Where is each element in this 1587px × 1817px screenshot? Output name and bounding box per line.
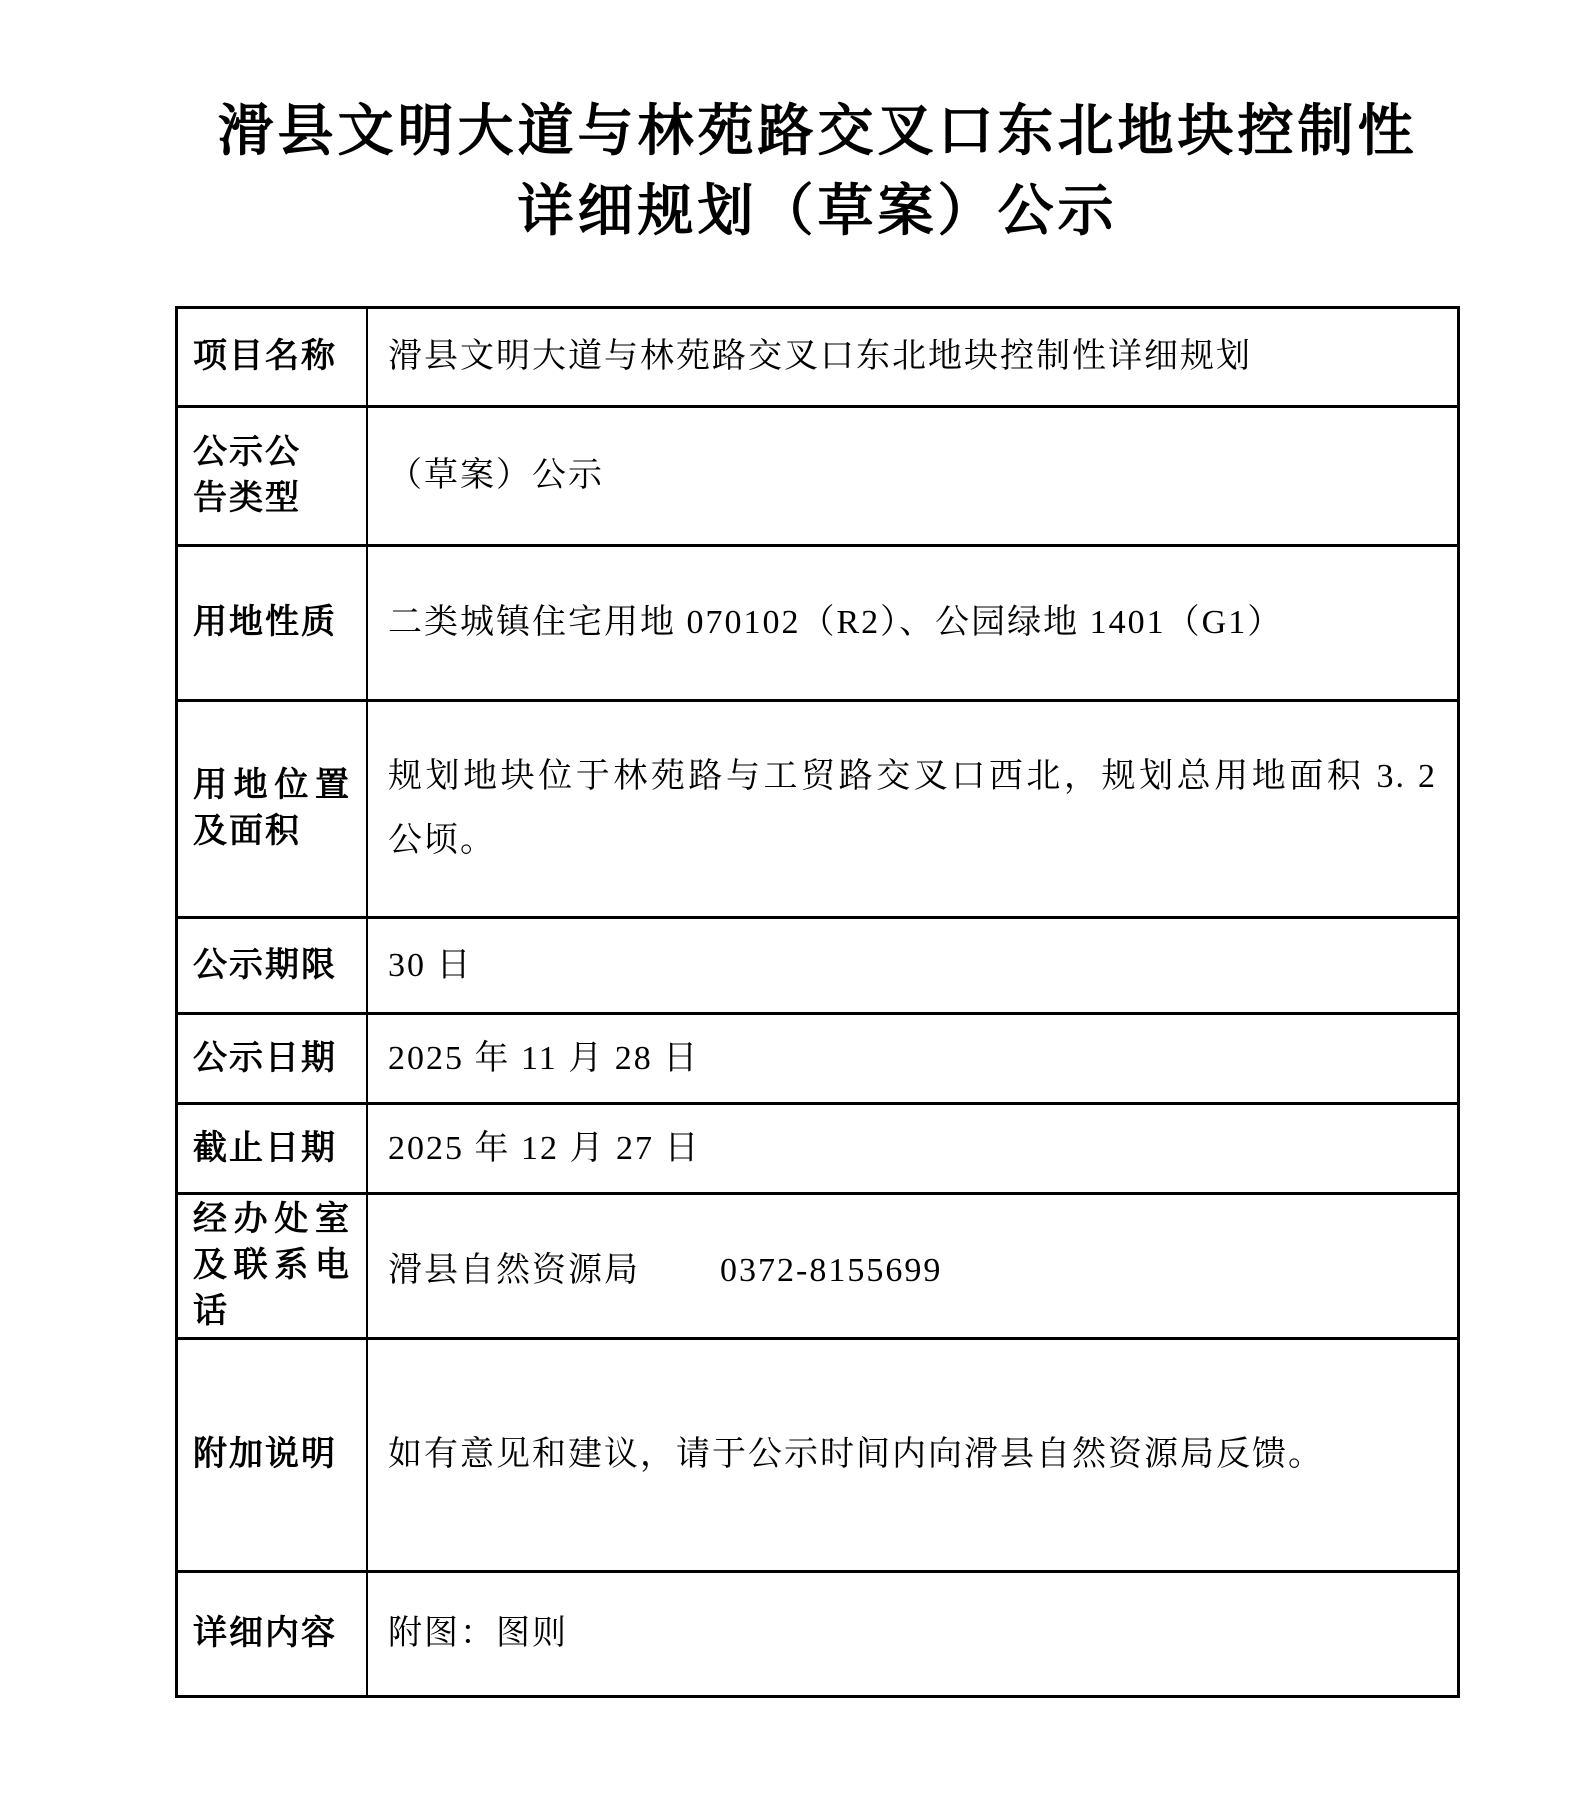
table-row-notice-date: 公示日期 2025 年 11 月 28 日 [178, 1015, 1457, 1105]
label-detailed-content: 详细内容 [178, 1573, 368, 1695]
label-project-name: 项目名称 [178, 309, 368, 405]
value-text: 滑县自然资源局 0372-8155699 [388, 1242, 1437, 1291]
value-detailed-content: 附图：图则 [368, 1573, 1457, 1695]
value-text: 2025 年 12 月 27 日 [388, 1117, 1437, 1181]
value-text: （草案）公示 [388, 444, 1437, 508]
label-end-date: 截止日期 [178, 1105, 368, 1192]
label-land-use-nature: 用地性质 [178, 547, 368, 699]
label-text: 公示期限 [193, 943, 351, 989]
value-text: 2025 年 11 月 28 日 [388, 1027, 1437, 1091]
label-handling-office-phone: 经办处室 及联系电 话 [178, 1195, 368, 1337]
value-notice-type: （草案）公示 [368, 408, 1457, 544]
label-text: 话 [193, 1289, 351, 1335]
value-land-location-area: 规划地块位于林苑路与工贸路交叉口西北，规划总用地面积 3. 2 公顷。 [368, 702, 1457, 916]
label-text: 经办处室 [193, 1197, 351, 1243]
value-end-date: 2025 年 12 月 27 日 [368, 1105, 1457, 1192]
table-row-end-date: 截止日期 2025 年 12 月 27 日 [178, 1105, 1457, 1195]
table-row-land-use-nature: 用地性质 二类城镇住宅用地 070102（R2）、公园绿地 1401（G1） [178, 547, 1457, 702]
label-text: 用地位置 [193, 763, 351, 809]
table-row-additional-notes: 附加说明 如有意见和建议，请于公示时间内向滑县自然资源局反馈。 [178, 1340, 1457, 1573]
label-text: 项目名称 [193, 334, 351, 380]
label-text: 截止日期 [193, 1126, 351, 1172]
label-additional-notes: 附加说明 [178, 1340, 368, 1570]
table-row-handling-office-phone: 经办处室 及联系电 话 滑县自然资源局 0372-8155699 [178, 1195, 1457, 1340]
document-page: 滑县文明大道与林苑路交叉口东北地块控制性 详细规划（草案）公示 项目名称 滑县文… [175, 0, 1460, 1698]
table-row-land-location-area: 用地位置 及面积 规划地块位于林苑路与工贸路交叉口西北，规划总用地面积 3. 2… [178, 702, 1457, 919]
value-additional-notes: 如有意见和建议，请于公示时间内向滑县自然资源局反馈。 [368, 1340, 1457, 1570]
value-text: 公顷。 [388, 809, 1437, 873]
label-text: 公示日期 [193, 1036, 351, 1082]
value-land-use-nature: 二类城镇住宅用地 070102（R2）、公园绿地 1401（G1） [368, 547, 1457, 699]
page-title: 滑县文明大道与林苑路交叉口东北地块控制性 详细规划（草案）公示 [175, 92, 1460, 252]
value-text: 规划地块位于林苑路与工贸路交叉口西北，规划总用地面积 3. 2 [388, 745, 1437, 809]
label-notice-period: 公示期限 [178, 919, 368, 1012]
notice-table: 项目名称 滑县文明大道与林苑路交叉口东北地块控制性详细规划 公示公 告类型 （草… [175, 306, 1460, 1698]
label-notice-type: 公示公 告类型 [178, 408, 368, 544]
label-text: 及面积 [193, 809, 351, 855]
title-line-1: 滑县文明大道与林苑路交叉口东北地块控制性 [175, 92, 1460, 172]
phone-number: 0372-8155699 [720, 1252, 942, 1290]
value-text: 附图：图则 [388, 1602, 1437, 1666]
table-row-notice-period: 公示期限 30 日 [178, 919, 1457, 1015]
table-row-detailed-content: 详细内容 附图：图则 [178, 1573, 1457, 1695]
label-notice-date: 公示日期 [178, 1015, 368, 1102]
label-text: 及联系电 [193, 1243, 351, 1289]
table-row-project-name: 项目名称 滑县文明大道与林苑路交叉口东北地块控制性详细规划 [178, 309, 1457, 408]
value-text: 二类城镇住宅用地 070102（R2）、公园绿地 1401（G1） [388, 591, 1437, 655]
value-text: 如有意见和建议，请于公示时间内向滑县自然资源局反馈。 [388, 1423, 1437, 1487]
value-text: 30 日 [388, 934, 1437, 998]
label-text: 详细内容 [193, 1611, 351, 1657]
value-text: 滑县文明大道与林苑路交叉口东北地块控制性详细规划 [388, 325, 1437, 389]
label-text: 附加说明 [193, 1432, 351, 1478]
value-project-name: 滑县文明大道与林苑路交叉口东北地块控制性详细规划 [368, 309, 1457, 405]
value-notice-period: 30 日 [368, 919, 1457, 1012]
value-handling-office-phone: 滑县自然资源局 0372-8155699 [368, 1195, 1457, 1337]
label-land-location-area: 用地位置 及面积 [178, 702, 368, 916]
table-row-notice-type: 公示公 告类型 （草案）公示 [178, 408, 1457, 547]
value-notice-date: 2025 年 11 月 28 日 [368, 1015, 1457, 1102]
label-text: 用地性质 [193, 600, 351, 646]
label-text: 公示公 [193, 430, 351, 476]
office-name: 滑县自然资源局 [388, 1242, 640, 1291]
label-text: 告类型 [193, 476, 351, 522]
title-line-2: 详细规划（草案）公示 [175, 172, 1460, 252]
